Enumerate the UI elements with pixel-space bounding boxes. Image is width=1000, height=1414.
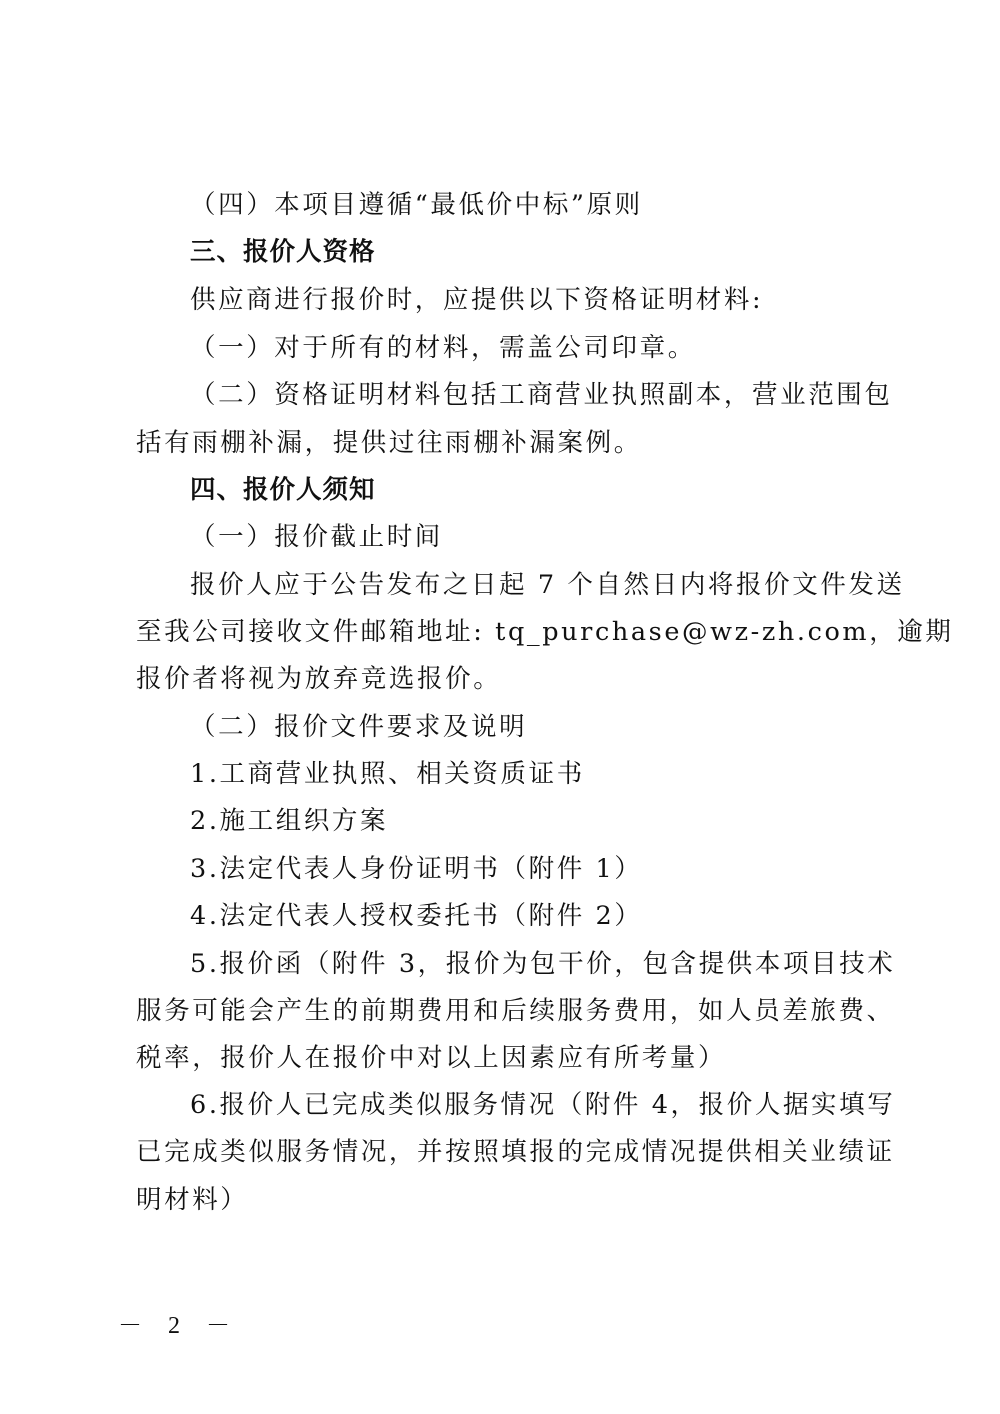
requirement-item-6-cont-2: 明材料） <box>136 1188 248 1214</box>
requirement-item-6-cont-1: 已完成类似服务情况，并按照填报的完成情况提供相关业绩证 <box>136 1140 895 1166</box>
section-heading-notice: 四、报价人须知 <box>190 478 376 504</box>
qualification-intro: 供应商进行报价时，应提供以下资格证明材料: <box>190 288 763 314</box>
requirement-item-2: 2.施工组织方案 <box>190 809 388 835</box>
subheading-requirements: （二）报价文件要求及说明 <box>190 715 527 741</box>
requirement-item-6: 6.报价人已完成类似服务情况（附件 4，报价人据实填写 <box>190 1093 895 1119</box>
page-number: － 2 － <box>118 1305 240 1340</box>
requirement-item-5-cont-1: 服务可能会产生的前期费用和后续服务费用，如人员差旅费、 <box>136 999 895 1025</box>
requirement-item-5-cont-2: 税率，报价人在报价中对以上因素应有所考量） <box>136 1046 726 1072</box>
deadline-paragraph-2: 至我公司接收文件邮箱地址: tq_purchase@wz-zh.com，逾期 <box>136 620 954 646</box>
deadline-paragraph-3: 报价者将视为放弃竞选报价。 <box>136 667 501 693</box>
qualification-item-2-cont: 括有雨棚补漏，提供过往雨棚补漏案例。 <box>136 431 642 457</box>
requirement-item-4: 4.法定代表人授权委托书（附件 2） <box>190 904 642 930</box>
subheading-deadline: （一）报价截止时间 <box>190 525 443 551</box>
requirement-item-3: 3.法定代表人身份证明书（附件 1） <box>190 857 642 883</box>
requirement-item-5: 5.报价函（附件 3，报价为包干价，包含提供本项目技术 <box>190 952 895 978</box>
requirement-item-1: 1.工商营业执照、相关资质证书 <box>190 762 585 788</box>
deadline-paragraph-1: 报价人应于公告发布之日起 7 个自然日内将报价文件发送 <box>190 573 905 599</box>
qualification-item-2: （二）资格证明材料包括工商营业执照副本，营业范围包 <box>190 383 893 409</box>
clause-4-lowest-price: （四）本项目遵循“最低价中标”原则 <box>190 193 643 219</box>
section-heading-qualifications: 三、报价人资格 <box>190 240 376 266</box>
qualification-item-1: （一）对于所有的材料，需盖公司印章。 <box>190 336 696 362</box>
